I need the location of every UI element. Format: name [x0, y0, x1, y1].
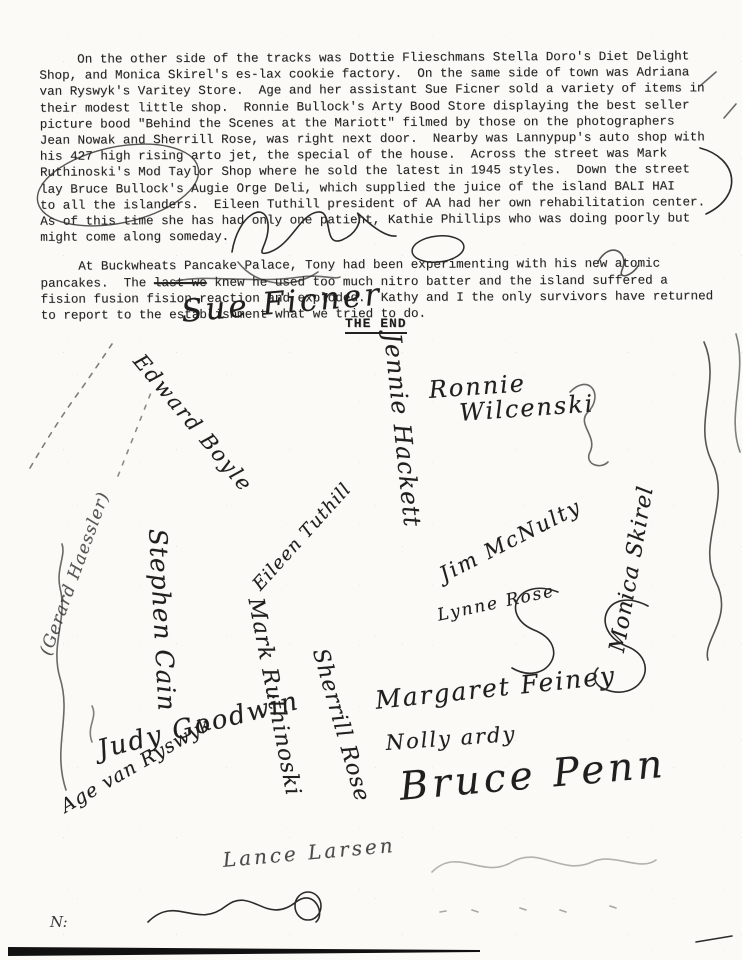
signature-gerard-haessler: (Gerard Haessler)	[38, 490, 114, 658]
signature-stephen-cain: Stephen Cain	[144, 528, 180, 712]
signature-ronnie-wilcenski: Ronnie Wilcenski	[428, 367, 595, 429]
scan-artifact-bar	[8, 947, 480, 956]
faint-signature-wayne	[432, 857, 656, 872]
scanned-document-page: On the other side of the tracks was Dott…	[0, 0, 742, 960]
illegible-mark-far-right	[735, 334, 740, 452]
signature-jennie-hackett: Jennie Hackett	[379, 332, 424, 529]
the-end-label: THE END	[345, 316, 407, 334]
upside-down-signature-loop	[295, 892, 321, 920]
signature-margaret-feiney: Margaret Feiney	[374, 663, 617, 714]
signature-lance-larsen: Lance Larsen	[222, 835, 396, 871]
signature-edward-boyle: Edward Boyle	[129, 350, 257, 496]
signature-sherrill-rose: Sherrill Rose	[308, 646, 374, 805]
signature-nolly-ardy: Nolly ardy	[385, 723, 517, 754]
signature-monica-skirel: Monica Skirel	[606, 484, 658, 654]
margin-note: N:	[50, 913, 68, 931]
signature-eileen-tuthill: Eileen Tuthill	[250, 480, 356, 594]
struck-out-words: last we	[154, 276, 207, 290]
scan-artifact-dash	[696, 936, 732, 942]
illegible-mark-left	[118, 390, 152, 476]
illegible-signature-upper-left	[30, 344, 112, 468]
illegible-mark-jk	[90, 706, 93, 742]
signature-lynne-rose: Lynne Rose	[436, 583, 557, 625]
story-paragraph-1: On the other side of the tracks was Dott…	[39, 48, 720, 246]
faint-dot-marks	[440, 906, 616, 912]
illegible-signature-right-column	[704, 342, 722, 660]
signature-bruce-penn: Bruce Penn	[398, 745, 668, 809]
signature-jim-mcnulty: Jim McNulty	[436, 495, 585, 585]
upside-down-signature	[148, 898, 320, 922]
